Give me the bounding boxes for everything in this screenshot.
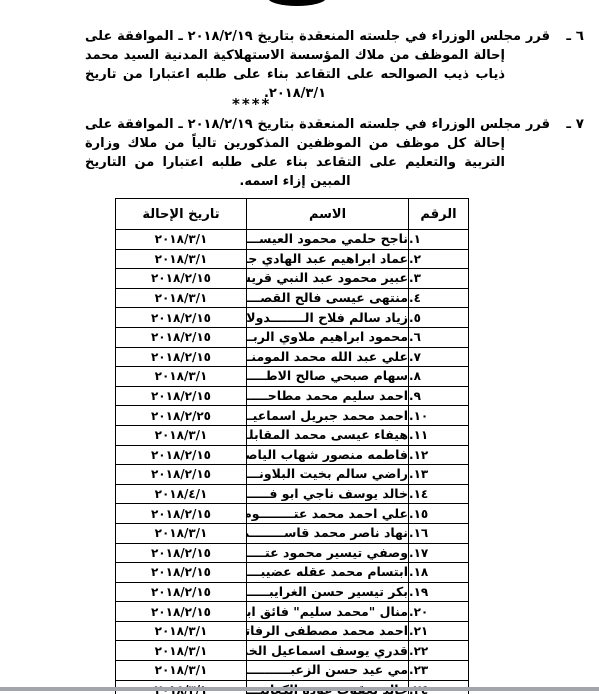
table-row: ٤.منتهى عيسى فالح القصـــــاص٢٠١٨/٣/١ — [116, 288, 469, 308]
table-row: ١٠.احمد محمد جبريل اسماعيـــــل٢٠١٨/٢/٢٥ — [116, 406, 469, 426]
row-name-cell: علي احمد محمد عتــــــــوم — [247, 504, 409, 524]
row-name-cell: ناجح حلمي محمود العيســـــه — [247, 230, 409, 250]
table-row: ١٦.نهاد ناصر محمد قاســــــــم٢٠١٨/٣/١ — [116, 523, 469, 543]
row-date-cell: ٢٠١٨/٢/١٥ — [116, 543, 247, 563]
row-name-cell: احمد محمد مصطفى الرفاتـــــي — [247, 621, 409, 641]
row-date-cell: ٢٠١٨/٣/١ — [116, 288, 247, 308]
row-date-cell: ٢٠١٨/٢/١٥ — [116, 563, 247, 583]
row-date-cell: ٢٠١٨/٣/١ — [116, 425, 247, 445]
row-number-cell: ٧. — [409, 347, 469, 367]
row-number-cell: ٣. — [409, 269, 469, 289]
table-body: ١.ناجح حلمي محمود العيســـــه٢٠١٨/٣/١٢.ع… — [116, 230, 469, 694]
row-number-cell: ٢٠. — [409, 602, 469, 622]
row-name-cell: احمد سليم محمد مطاحـــــــن — [247, 386, 409, 406]
retirement-table: الرقم الاسم تاريخ الإحالة ١.ناجح حلمي مح… — [115, 198, 469, 694]
row-name-cell: زياد سالم فلاح الــــــــدولات — [247, 308, 409, 328]
table-row: ١٣.راضي سالم بخيت البلاونـــــه٢٠١٨/٢/١٥ — [116, 465, 469, 485]
row-name-cell: سهام صبحي صالح الاطـــــرش — [247, 367, 409, 387]
row-name-cell: علي عبد الله محمد المومنـــــي — [247, 347, 409, 367]
item-7-paragraph: قرر مجلس الوزراء في جلسته المنعقدة بتاري… — [85, 115, 505, 191]
row-name-cell: مي عيد حسن الزعبــــــــــي — [247, 661, 409, 681]
row-date-cell: ٢٠١٨/٢/١٥ — [116, 445, 247, 465]
row-number-cell: ١٨. — [409, 563, 469, 583]
row-number-cell: ١١. — [409, 425, 469, 445]
table-row: ١١.هيفاء عيسى محمد المقابلـــــه٢٠١٨/٣/١ — [116, 425, 469, 445]
row-number-cell: ٤. — [409, 288, 469, 308]
row-number-cell: ١٥. — [409, 504, 469, 524]
row-number-cell: ٥. — [409, 308, 469, 328]
table-row: ١٥.علي احمد محمد عتــــــــوم٢٠١٨/٢/١٥ — [116, 504, 469, 524]
row-number-cell: ١٤. — [409, 484, 469, 504]
row-number-cell: ١٦. — [409, 523, 469, 543]
row-date-cell: ٢٠١٨/٤/١ — [116, 484, 247, 504]
row-date-cell: ٢٠١٨/٢/١٥ — [116, 465, 247, 485]
row-name-cell: منتهى عيسى فالح القصـــــاص — [247, 288, 409, 308]
row-number-cell: ٢٣. — [409, 661, 469, 681]
table-row: ٩.احمد سليم محمد مطاحـــــــن٢٠١٨/٢/١٥ — [116, 386, 469, 406]
row-number-cell: ٢١. — [409, 621, 469, 641]
row-date-cell: ٢٠١٨/٢/١٥ — [116, 308, 247, 328]
row-name-cell: هيفاء عيسى محمد المقابلـــــه — [247, 425, 409, 445]
row-name-cell: ابتسام محمد عقله عضيبـــــات — [247, 563, 409, 583]
table-row: ٢.عماد ابراهيم عبد الهادي جرادات٢٠١٨/٣/١ — [116, 249, 469, 269]
table-row: ١.ناجح حلمي محمود العيســـــه٢٠١٨/٣/١ — [116, 230, 469, 250]
table-row: ١٧.وصفي تيسير محمود عتـــــوم٢٠١٨/٢/١٥ — [116, 543, 469, 563]
item-7-number: ٧ ـ — [550, 115, 584, 134]
table-row: ٥.زياد سالم فلاح الــــــــدولات٢٠١٨/٢/١… — [116, 308, 469, 328]
row-number-cell: ١٧. — [409, 543, 469, 563]
row-number-cell: ٦. — [409, 327, 469, 347]
row-date-cell: ٢٠١٨/٣/١ — [116, 661, 247, 681]
row-date-cell: ٢٠١٨/٣/١ — [116, 621, 247, 641]
table-row: ١٩.بكر تيسير حسن الغرايبـــــــه٢٠١٨/٢/١… — [116, 582, 469, 602]
header-date: تاريخ الإحالة — [116, 199, 247, 230]
row-number-cell: ٢٢. — [409, 641, 469, 661]
header-number: الرقم — [409, 199, 469, 230]
row-name-cell: فاطمه منصور شهاب الياصجيـــن — [247, 445, 409, 465]
row-name-cell: وصفي تيسير محمود عتـــــوم — [247, 543, 409, 563]
table-row: ١٢.فاطمه منصور شهاب الياصجيـــن٢٠١٨/٢/١٥ — [116, 445, 469, 465]
row-date-cell: ٢٠١٨/٣/١ — [116, 523, 247, 543]
row-number-cell: ١. — [409, 230, 469, 250]
row-name-cell: عبير محمود عبد النبي قريشـــــه — [247, 269, 409, 289]
row-name-cell: قدري يوسف اسماعيل الخطيـــب — [247, 641, 409, 661]
row-date-cell: ٢٠١٨/٣/١ — [116, 367, 247, 387]
row-name-cell: راضي سالم بخيت البلاونـــــه — [247, 465, 409, 485]
row-name-cell: احمد محمد جبريل اسماعيـــــل — [247, 406, 409, 426]
row-date-cell: ٢٠١٨/٢/١٥ — [116, 269, 247, 289]
row-number-cell: ١٢. — [409, 445, 469, 465]
table-row: ٢٢.قدري يوسف اسماعيل الخطيـــب٢٠١٨/٣/١ — [116, 641, 469, 661]
row-name-cell: عماد ابراهيم عبد الهادي جرادات — [247, 249, 409, 269]
table-row: ١٤.خالد يوسف ناجي ابو فـــــاره٢٠١٨/٤/١ — [116, 484, 469, 504]
row-number-cell: ٢. — [409, 249, 469, 269]
row-number-cell: ١٠. — [409, 406, 469, 426]
row-number-cell: ١٣. — [409, 465, 469, 485]
row-date-cell: ٢٠١٨/٢/٢٥ — [116, 406, 247, 426]
row-name-cell: بكر تيسير حسن الغرايبـــــــه — [247, 582, 409, 602]
table-row: ٢١.احمد محمد مصطفى الرفاتـــــي٢٠١٨/٣/١ — [116, 621, 469, 641]
cut-off-mark — [268, 0, 326, 6]
row-date-cell: ٢٠١٨/٣/١ — [116, 230, 247, 250]
row-date-cell: ٢٠١٨/٢/١٥ — [116, 327, 247, 347]
table-row: ٢٠.منال "محمد سليم" فائق ابو بكر٢٠١٨/٢/١… — [116, 602, 469, 622]
document-page: ٦ ـ قرر مجلس الوزراء في جلسته المنعقدة ب… — [0, 0, 599, 694]
row-name-cell: نهاد ناصر محمد قاســــــــم — [247, 523, 409, 543]
row-name-cell: محمود ابراهيم ملاوي الربـــــاع — [247, 327, 409, 347]
table-row: ٢٣.مي عيد حسن الزعبــــــــــي٢٠١٨/٣/١ — [116, 661, 469, 681]
row-date-cell: ٢٠١٨/٢/١٥ — [116, 582, 247, 602]
table-row: ٨.سهام صبحي صالح الاطـــــرش٢٠١٨/٣/١ — [116, 367, 469, 387]
row-date-cell: ٢٠١٨/٢/١٥ — [116, 386, 247, 406]
row-date-cell: ٢٠١٨/٣/١ — [116, 641, 247, 661]
item-6-number: ٦ ـ — [550, 27, 584, 46]
table-row: ٧.علي عبد الله محمد المومنـــــي٢٠١٨/٢/١… — [116, 347, 469, 367]
row-date-cell: ٢٠١٨/٢/١٥ — [116, 602, 247, 622]
table-row: ١٨.ابتسام محمد عقله عضيبـــــات٢٠١٨/٢/١٥ — [116, 563, 469, 583]
row-number-cell: ٨. — [409, 367, 469, 387]
row-name-cell: خالد يوسف ناجي ابو فـــــاره — [247, 484, 409, 504]
row-date-cell: ٢٠١٨/٢/١٥ — [116, 347, 247, 367]
row-number-cell: ١٩. — [409, 582, 469, 602]
row-name-cell: منال "محمد سليم" فائق ابو بكر — [247, 602, 409, 622]
item-6-paragraph: قرر مجلس الوزراء في جلسته المنعقدة بتاري… — [85, 27, 505, 103]
row-number-cell: ٩. — [409, 386, 469, 406]
asterisk-separator: **** — [232, 95, 271, 113]
table-row: ٦.محمود ابراهيم ملاوي الربـــــاع٢٠١٨/٢/… — [116, 327, 469, 347]
header-name: الاسم — [247, 199, 409, 230]
row-date-cell: ٢٠١٨/٣/١ — [116, 249, 247, 269]
table-header-row: الرقم الاسم تاريخ الإحالة — [116, 199, 469, 230]
table-row: ٣.عبير محمود عبد النبي قريشـــــه٢٠١٨/٢/… — [116, 269, 469, 289]
page-bottom-divider — [0, 687, 599, 691]
row-date-cell: ٢٠١٨/٢/١٥ — [116, 504, 247, 524]
